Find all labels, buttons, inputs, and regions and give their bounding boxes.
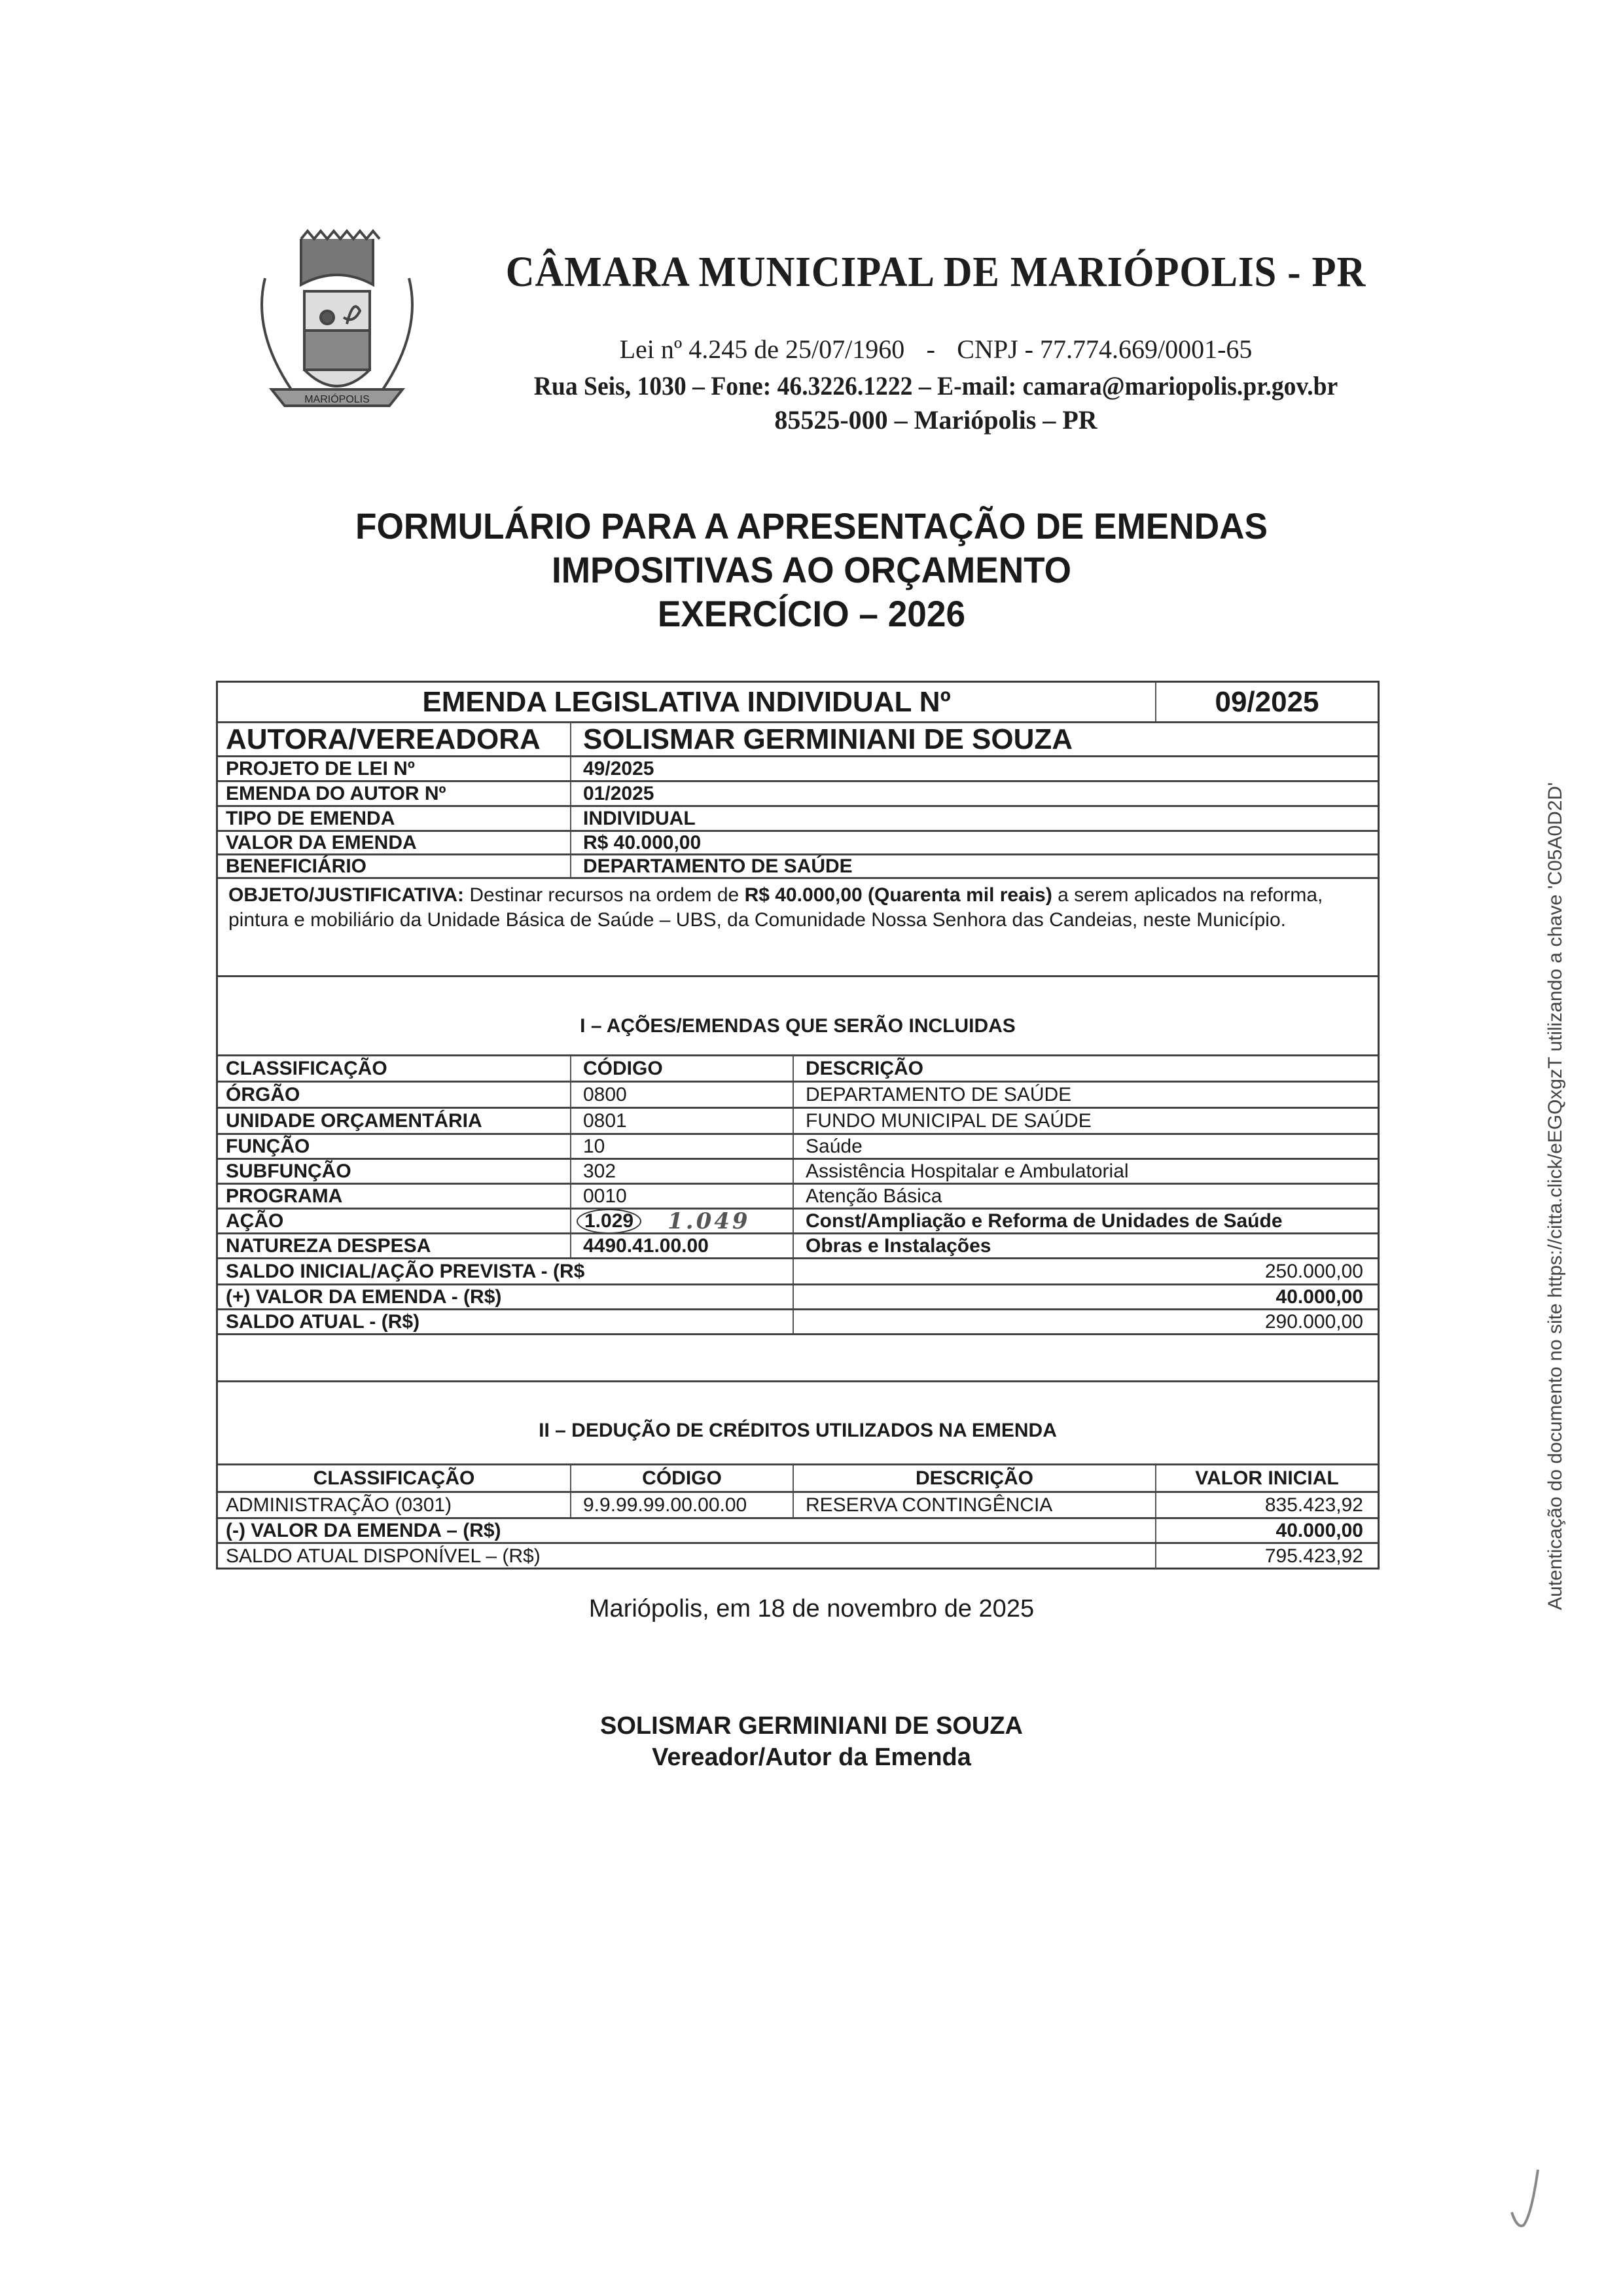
table-row: AÇÃO 1.029 1.049 Const/Ampliação e Refor… — [218, 1210, 1378, 1234]
section-1-table: CLASSIFICAÇÃO CÓDIGO DESCRIÇÃO ÓRGÃO 080… — [218, 1054, 1378, 1056]
table-row: ÓRGÃO 0800 DEPARTAMENTO DE SAÚDE — [218, 1083, 1378, 1109]
table-row: FUNÇÃO 10 Saúde — [218, 1135, 1378, 1160]
total-row: (+) VALOR DA EMENDA - (R$) 40.000,00 — [218, 1285, 1378, 1310]
total-label: (-) VALOR DA EMENDA – (R$) — [218, 1519, 1155, 1542]
field-value: INDIVIDUAL — [570, 807, 1378, 830]
codigo-cell: 302 — [570, 1160, 793, 1183]
classificacao-cell: PROGRAMA — [218, 1185, 570, 1208]
classificacao-cell: FUNÇÃO — [218, 1135, 570, 1158]
law-cnpj-line: Lei nº 4.245 de 25/07/1960 - CNPJ - 77.7… — [458, 334, 1414, 365]
codigo-cell: 0010 — [570, 1185, 793, 1208]
field-row: EMENDA DO AUTOR Nº 01/2025 — [218, 782, 1378, 807]
total-value: 40.000,00 — [1155, 1519, 1378, 1542]
total-row: (-) VALOR DA EMENDA – (R$) 40.000,00 — [218, 1519, 1378, 1544]
column-header-descricao: DESCRIÇÃO — [793, 1465, 1155, 1491]
form-title-line-3: EXERCÍCIO – 2026 — [227, 592, 1396, 636]
column-header-classificacao: CLASSIFICAÇÃO — [218, 1056, 570, 1081]
section-2-title: II – DEDUÇÃO DE CRÉDITOS UTILIZADOS NA E… — [218, 1420, 1378, 1442]
handwritten-correction: 1.049 — [668, 1210, 750, 1232]
amendment-number: 09/2025 — [1155, 683, 1378, 721]
author-value: SOLISMAR GERMINIANI DE SOUZA — [570, 723, 1378, 755]
descricao-cell: RESERVA CONTINGÊNCIA — [793, 1493, 1155, 1517]
total-value: 250.000,00 — [793, 1259, 1378, 1283]
table-row: PROGRAMA 0010 Atenção Básica — [218, 1185, 1378, 1210]
codigo-cell: 0800 — [570, 1083, 793, 1107]
field-row: PROJETO DE LEI Nº 49/2025 — [218, 757, 1378, 782]
table-row: UNIDADE ORÇAMENTÁRIA 0801 FUNDO MUNICIPA… — [218, 1109, 1378, 1135]
column-header-codigo: CÓDIGO — [570, 1465, 793, 1491]
handwritten-check-icon — [1505, 2163, 1544, 2235]
signer-name: SOLISMAR GERMINIANI DE SOUZA — [458, 1712, 1165, 1740]
classificacao-cell: ADMINISTRAÇÃO (0301) — [218, 1493, 570, 1517]
classificacao-cell: UNIDADE ORÇAMENTÁRIA — [218, 1109, 570, 1133]
amendment-heading-label: EMENDA LEGISLATIVA INDIVIDUAL Nº — [218, 683, 1155, 721]
field-label: VALOR DA EMENDA — [218, 832, 570, 853]
field-label: EMENDA DO AUTOR Nº — [218, 782, 570, 805]
institution-name: CÂMARA MUNICIPAL DE MARIÓPOLIS - PR — [496, 247, 1375, 297]
total-value: 290.000,00 — [793, 1310, 1378, 1333]
author-label: AUTORA/VEREADORA — [218, 723, 570, 755]
authentication-note: Autenticação do documento no site https:… — [1544, 694, 1567, 1610]
total-label: (+) VALOR DA EMENDA - (R$) — [218, 1285, 793, 1308]
descricao-cell: Assistência Hospitalar e Ambulatorial — [793, 1160, 1378, 1183]
field-value: 49/2025 — [570, 757, 1378, 780]
total-label: SALDO INICIAL/AÇÃO PREVISTA - (R$ — [218, 1259, 793, 1283]
field-label: BENEFICIÁRIO — [218, 855, 570, 877]
field-label: PROJETO DE LEI Nº — [218, 757, 570, 780]
amendment-heading-row: EMENDA LEGISLATIVA INDIVIDUAL Nº 09/2025 — [218, 683, 1378, 723]
law-reference: Lei nº 4.245 de 25/07/1960 — [620, 334, 905, 364]
descricao-cell: FUNDO MUNICIPAL DE SAÚDE — [793, 1109, 1378, 1133]
descricao-cell: Const/Ampliação e Reforma de Unidades de… — [793, 1210, 1378, 1232]
city-line: 85525-000 – Mariópolis – PR — [458, 404, 1414, 435]
municipal-crest-icon: MARIÓPOLIS — [239, 226, 435, 422]
blank-row — [218, 1335, 1378, 1382]
column-header-classificacao: CLASSIFICAÇÃO — [218, 1465, 570, 1491]
total-label: SALDO ATUAL - (R$) — [218, 1310, 793, 1333]
section-1-header-row: CLASSIFICAÇÃO CÓDIGO DESCRIÇÃO — [218, 1056, 1378, 1083]
total-value: 40.000,00 — [793, 1285, 1378, 1308]
classificacao-cell: ÓRGÃO — [218, 1083, 570, 1107]
separator: - — [911, 334, 950, 365]
field-label: TIPO DE EMENDA — [218, 807, 570, 830]
field-row: VALOR DA EMENDA R$ 40.000,00 — [218, 832, 1378, 855]
codigo-cell: 1.029 1.049 — [570, 1210, 793, 1232]
column-header-valor-inicial: VALOR INICIAL — [1155, 1465, 1378, 1491]
table-row: SUBFUNÇÃO 302 Assistência Hospitalar e A… — [218, 1160, 1378, 1185]
descricao-cell: Obras e Instalações — [793, 1234, 1378, 1257]
codigo-cell: 4490.41.00.00 — [570, 1234, 793, 1257]
form-title-line-2: IMPOSITIVAS AO ORÇAMENTO — [227, 548, 1396, 592]
amendment-form-table: EMENDA LEGISLATIVA INDIVIDUAL Nº 09/2025… — [216, 681, 1380, 1570]
classificacao-cell: SUBFUNÇÃO — [218, 1160, 570, 1183]
table-row: ADMINISTRAÇÃO (0301) 9.9.99.99.00.00.00 … — [218, 1493, 1378, 1519]
svg-text:MARIÓPOLIS: MARIÓPOLIS — [304, 393, 370, 405]
field-value: R$ 40.000,00 — [570, 832, 1378, 853]
column-header-codigo: CÓDIGO — [570, 1056, 793, 1081]
author-row: AUTORA/VEREADORA SOLISMAR GERMINIANI DE … — [218, 723, 1378, 757]
form-title-line-1: FORMULÁRIO PARA A APRESENTAÇÃO DE EMENDA… — [227, 504, 1396, 548]
field-row: BENEFICIÁRIO DEPARTAMENTO DE SAÚDE — [218, 855, 1378, 879]
codigo-cell: 0801 — [570, 1109, 793, 1133]
section-2-header-row: CLASSIFICAÇÃO CÓDIGO DESCRIÇÃO VALOR INI… — [218, 1465, 1378, 1493]
field-value: DEPARTAMENTO DE SAÚDE — [570, 855, 1378, 877]
justification-label: OBJETO/JUSTIFICATIVA: — [228, 884, 464, 906]
place-and-date: Mariópolis, em 18 de novembro de 2025 — [458, 1595, 1165, 1623]
total-row: SALDO INICIAL/AÇÃO PREVISTA - (R$ 250.00… — [218, 1259, 1378, 1285]
descricao-cell: Saúde — [793, 1135, 1378, 1158]
form-title: FORMULÁRIO PARA A APRESENTAÇÃO DE EMENDA… — [196, 504, 1427, 636]
section-1-title: I – AÇÕES/EMENDAS QUE SERÃO INCLUIDAS — [218, 1015, 1378, 1037]
classificacao-cell: NATUREZA DESPESA — [218, 1234, 570, 1257]
cnpj: CNPJ - 77.774.669/0001-65 — [957, 334, 1252, 364]
classificacao-cell: AÇÃO — [218, 1210, 570, 1232]
total-value: 795.423,92 — [1155, 1544, 1378, 1569]
codigo-cell: 9.9.99.99.00.00.00 — [570, 1493, 793, 1517]
total-row: SALDO ATUAL DISPONÍVEL – (R$) 795.423,92 — [218, 1544, 1378, 1569]
descricao-cell: Atenção Básica — [793, 1185, 1378, 1208]
total-label: SALDO ATUAL DISPONÍVEL – (R$) — [218, 1544, 1155, 1569]
valor-cell: 835.423,92 — [1155, 1493, 1378, 1517]
codigo-cell: 10 — [570, 1135, 793, 1158]
total-row: SALDO ATUAL - (R$) 290.000,00 — [218, 1310, 1378, 1335]
justification-text: Destinar recursos na ordem de — [464, 884, 745, 906]
table-row: NATUREZA DESPESA 4490.41.00.00 Obras e I… — [218, 1234, 1378, 1259]
address-line: Rua Seis, 1030 – Fone: 46.3226.1222 – E-… — [487, 370, 1385, 401]
field-row: TIPO DE EMENDA INDIVIDUAL — [218, 807, 1378, 832]
justification-block: OBJETO/JUSTIFICATIVA: Destinar recursos … — [218, 879, 1378, 977]
section-2-table: CLASSIFICAÇÃO CÓDIGO DESCRIÇÃO VALOR INI… — [218, 1463, 1378, 1465]
field-value: 01/2025 — [570, 782, 1378, 805]
column-header-descricao: DESCRIÇÃO — [793, 1056, 1378, 1081]
signer-role: Vereador/Autor da Emenda — [458, 1744, 1165, 1772]
descricao-cell: DEPARTAMENTO DE SAÚDE — [793, 1083, 1378, 1107]
circled-code: 1.029 — [577, 1210, 641, 1232]
justification-amount: R$ 40.000,00 (Quarenta mil reais) — [745, 884, 1052, 906]
